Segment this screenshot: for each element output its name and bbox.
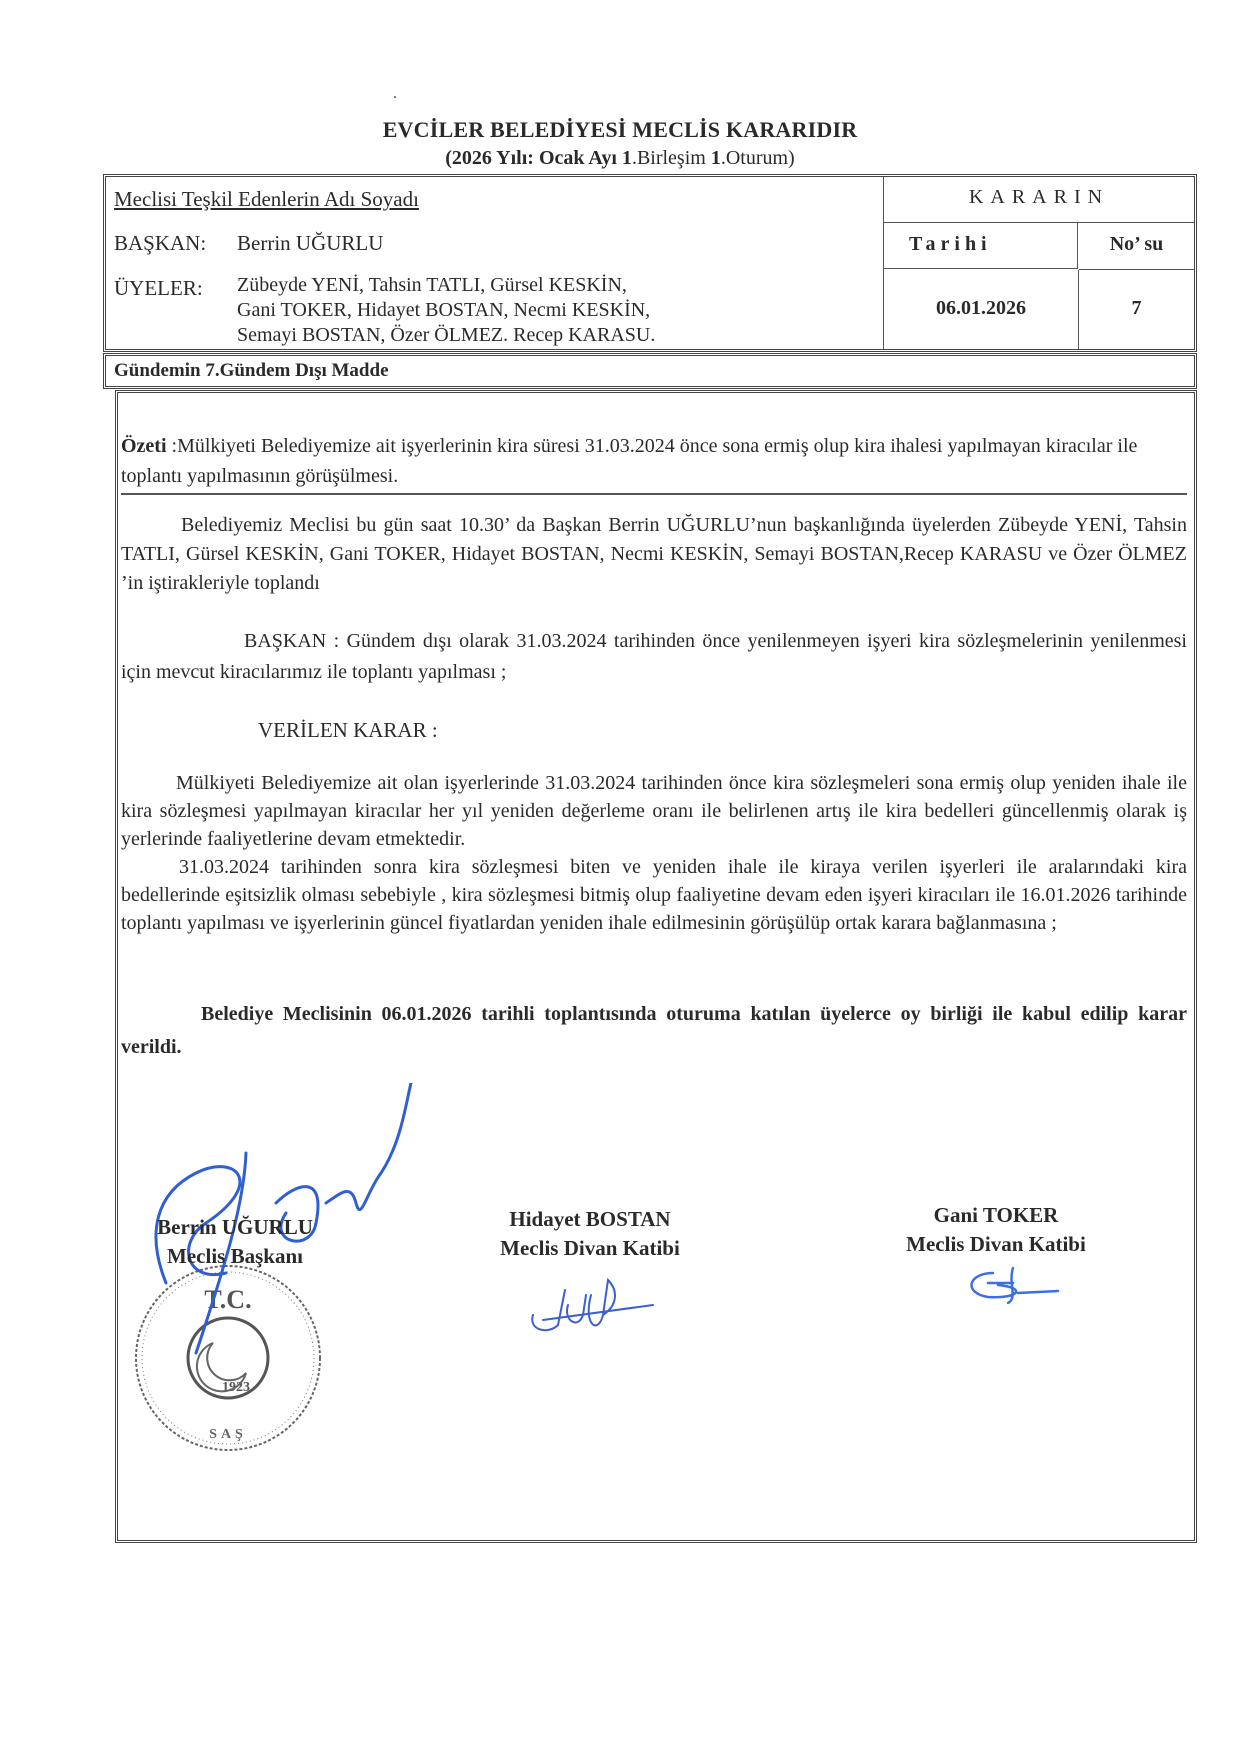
subtitle-sitting: .Oturum) <box>721 147 795 169</box>
decision-cell: KARARIN Tarihi No’ su 06.01.2026 7 <box>884 177 1194 349</box>
members-title: Meclisi Teşkil Edenlerin Adı Soyadı <box>114 187 419 212</box>
date-value: 06.01.2026 <box>884 270 1079 349</box>
signatory-title: Meclis Divan Katibi <box>480 1234 700 1263</box>
decision-text-2: 31.03.2024 tarihinden sonra kira sözleşm… <box>121 856 1187 934</box>
secretary-1-signature-icon <box>523 1275 663 1345</box>
summary: Özeti :Mülkiyeti Belediyemize ait işyerl… <box>121 431 1187 495</box>
summary-text: :Mülkiyeti Belediyemize ait işyerlerinin… <box>121 435 1137 487</box>
meeting-text: Belediyemiz Meclisi bu gün saat 10.30’ d… <box>121 514 1187 594</box>
members-cell: Meclisi Teşkil Edenlerin Adı Soyadı BAŞK… <box>106 177 884 349</box>
secretary-2-signature-icon <box>958 1263 1068 1313</box>
decision-body: Özeti :Mülkiyeti Belediyemize ait işyerl… <box>115 390 1197 1543</box>
signatory-title: Meclis Divan Katibi <box>886 1230 1106 1259</box>
document-subtitle: (2026 Yılı: Ocak Ayı 1.Birleşim 1.Oturum… <box>0 147 1240 170</box>
decision-paragraph-2: 31.03.2024 tarihinden sonra kira sözleşm… <box>121 853 1187 937</box>
members-label: ÜYELER: <box>114 276 203 301</box>
signatory-title: Meclis Başkanı <box>135 1242 335 1271</box>
president-label: BAŞKAN: <box>114 231 206 256</box>
president-statement-text: BAŞKAN : Gündem dışı olarak 31.03.2024 t… <box>121 630 1187 683</box>
svg-text:SAŞ: SAŞ <box>209 1427 247 1442</box>
members-list: Zübeyde YENİ, Tahsin TATLI, Gürsel KESKİ… <box>237 273 655 348</box>
conclusion-paragraph: Belediye Meclisinin 06.01.2026 tarihli t… <box>121 998 1187 1064</box>
summary-label: Özeti <box>121 435 167 457</box>
signatory-name: Hidayet BOSTAN <box>480 1205 700 1234</box>
members-line: Semayi BOSTAN, Özer ÖLMEZ. Recep KARASU. <box>237 323 655 348</box>
scan-speck <box>394 96 396 98</box>
decision-label: KARARIN <box>884 177 1194 223</box>
members-line: Zübeyde YENİ, Tahsin TATLI, Gürsel KESKİ… <box>237 273 655 298</box>
decision-paragraph-1: Mülkiyeti Belediyemize ait olan işyerler… <box>121 769 1187 853</box>
number-header: No’ su <box>1079 223 1194 270</box>
subtitle-year-month: (2026 Yılı: Ocak Ayı 1 <box>445 147 632 169</box>
signature-block-secretary-1: Hidayet BOSTAN Meclis Divan Katibi <box>480 1205 700 1263</box>
signature-block-president: Berrin UĞURLU Meclis Başkanı <box>135 1213 335 1271</box>
subtitle-sitting-number: 1 <box>711 147 721 169</box>
decision-heading: VERİLEN KARAR : <box>258 718 438 743</box>
members-line: Gani TOKER, Hidayet BOSTAN, Necmi KESKİN… <box>237 298 655 323</box>
president-name: Berrin UĞURLU <box>237 231 383 256</box>
document-title: EVCİLER BELEDİYESİ MECLİS KARARIDIR <box>0 117 1240 143</box>
conclusion-text: Belediye Meclisinin 06.01.2026 tarihli t… <box>121 1003 1187 1058</box>
header-table: Meclisi Teşkil Edenlerin Adı Soyadı BAŞK… <box>103 174 1197 352</box>
subtitle-session: .Birleşim <box>632 147 711 169</box>
number-value: 7 <box>1079 270 1194 349</box>
meeting-paragraph: Belediyemiz Meclisi bu gün saat 10.30’ d… <box>121 511 1187 598</box>
agenda-item: Gündemin 7.Gündem Dışı Madde <box>103 353 1197 389</box>
signatory-name: Berrin UĞURLU <box>135 1213 335 1242</box>
date-header: Tarihi <box>884 223 1078 269</box>
president-statement: BAŞKAN : Gündem dışı olarak 31.03.2024 t… <box>121 626 1187 688</box>
signature-block-secretary-2: Gani TOKER Meclis Divan Katibi <box>886 1201 1106 1259</box>
decision-text-1: Mülkiyeti Belediyemize ait olan işyerler… <box>121 772 1187 850</box>
signatory-name: Gani TOKER <box>886 1201 1106 1230</box>
